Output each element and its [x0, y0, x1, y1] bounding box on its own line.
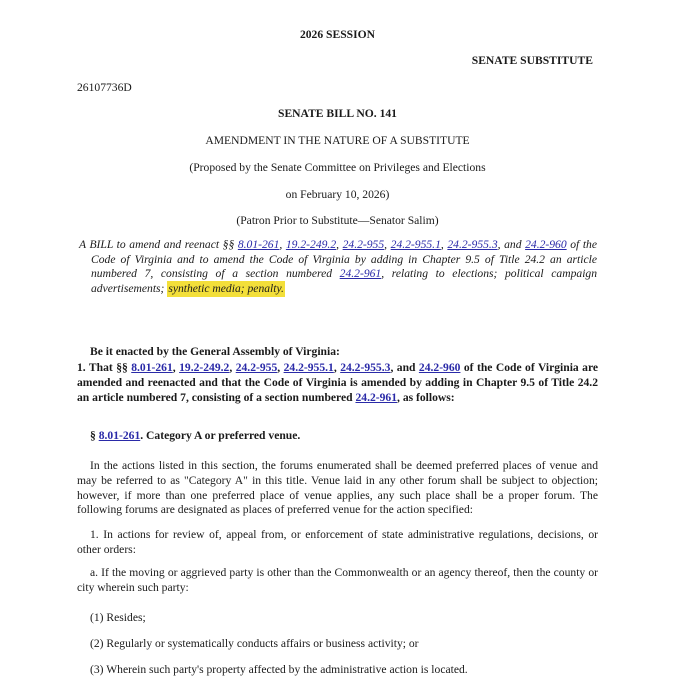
list-item: (2) Regularly or systematically conducts… [90, 637, 419, 651]
code-link-24-2-960[interactable]: 24.2-960 [419, 361, 461, 374]
separator: , and [498, 238, 525, 251]
section-heading: § 8.01-261. Category A or preferred venu… [90, 429, 300, 443]
title-prefix: A BILL to amend and reenact §§ [79, 238, 238, 251]
session-label: 2026 SESSION [0, 28, 675, 42]
section-1: 1. That §§ 8.01-261, 19.2-249.2, 24.2-95… [77, 361, 598, 405]
section1-prefix: 1. That §§ [77, 361, 131, 374]
code-link-24-2-961[interactable]: 24.2-961 [340, 267, 382, 280]
patron-line: (Patron Prior to Substitute—Senator Sali… [0, 214, 675, 228]
amendment-title: AMENDMENT IN THE NATURE OF A SUBSTITUTE [0, 134, 675, 148]
bill-id: 26107736D [77, 81, 132, 95]
code-link-8-01-261[interactable]: 8.01-261 [238, 238, 280, 251]
proposed-by-line: (Proposed by the Senate Committee on Pri… [0, 161, 675, 175]
code-link-19-2-249-2[interactable]: 19.2-249.2 [179, 361, 229, 374]
code-link-24-2-955[interactable]: 24.2-955 [236, 361, 278, 374]
subsection-a: a. If the moving or aggrieved party is o… [77, 566, 598, 596]
substitute-label: SENATE SUBSTITUTE [472, 54, 593, 68]
bill-number: SENATE BILL NO. 141 [0, 107, 675, 121]
section-symbol: § [90, 429, 99, 442]
enactment-clause: Be it enacted by the General Assembly of… [90, 345, 340, 359]
code-link-24-2-955-3[interactable]: 24.2-955.3 [340, 361, 390, 374]
proposed-date-line: on February 10, 2026) [0, 188, 675, 202]
code-link-8-01-261[interactable]: 8.01-261 [131, 361, 173, 374]
section1-suffix: , as follows: [397, 391, 455, 404]
code-link-8-01-261[interactable]: 8.01-261 [99, 429, 141, 442]
code-link-24-2-955-3[interactable]: 24.2-955.3 [447, 238, 497, 251]
bill-title: A BILL to amend and reenact §§ 8.01-261,… [79, 238, 597, 296]
code-link-24-2-961[interactable]: 24.2-961 [355, 391, 397, 404]
venue-paragraph: In the actions listed in this section, t… [77, 459, 598, 518]
section-title: . Category A or preferred venue. [140, 429, 300, 442]
code-link-24-2-955[interactable]: 24.2-955 [343, 238, 385, 251]
code-link-24-2-955-1[interactable]: 24.2-955.1 [284, 361, 334, 374]
subsection-1: 1. In actions for review of, appeal from… [77, 528, 598, 558]
list-item: (3) Wherein such party's property affect… [90, 663, 468, 677]
highlighted-text: synthetic media; penalty. [167, 281, 285, 297]
list-item: (1) Resides; [90, 611, 146, 625]
code-link-19-2-249-2[interactable]: 19.2-249.2 [286, 238, 336, 251]
code-link-24-2-960[interactable]: 24.2-960 [525, 238, 567, 251]
code-link-24-2-955-1[interactable]: 24.2-955.1 [391, 238, 441, 251]
bill-document: 2026 SESSION SENATE SUBSTITUTE 26107736D… [0, 0, 675, 680]
separator: , and [390, 361, 418, 374]
